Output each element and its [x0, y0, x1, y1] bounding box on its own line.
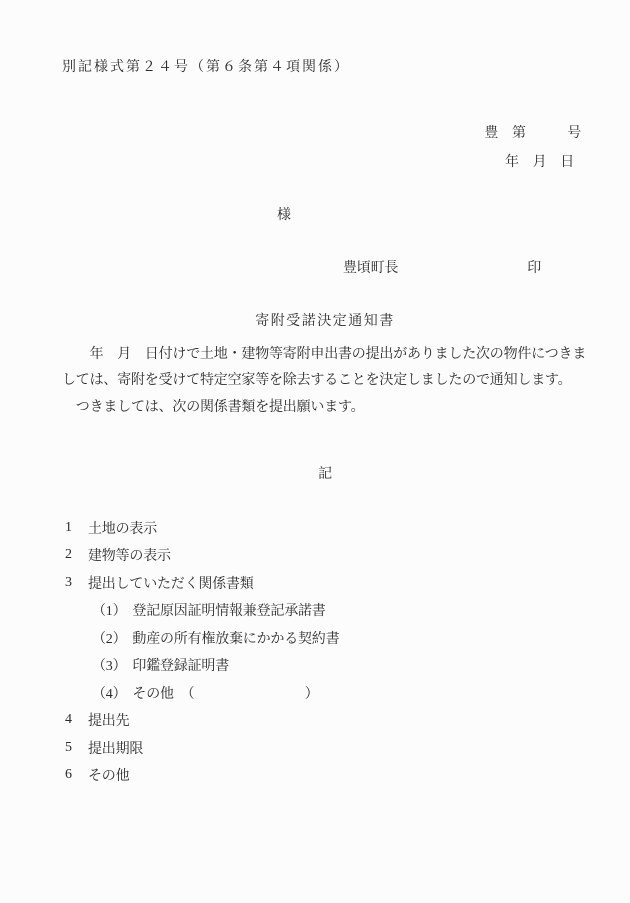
sender-row: 豊頃町長 印 [343, 260, 541, 278]
subitem-number: （2） [92, 628, 126, 648]
body-paragraph-line-2: しては、寄附を受けて特定空家等を除去することを決定しましたので通知します。 [62, 372, 571, 390]
list-item: 5 提出期限 [62, 734, 582, 762]
subitem-label: その他 （ ） [132, 683, 318, 703]
item-number: 4 [62, 712, 88, 728]
document-number-line: 豊 第 号 [484, 125, 581, 143]
subitem-label: 印鑑登録証明書 [132, 655, 229, 675]
item-number: 2 [62, 547, 88, 563]
subitem-label: 登記原因証明情報兼登記承諾書 [132, 600, 325, 620]
item-label: 建物等の表示 [88, 545, 171, 565]
item-number: 3 [62, 575, 88, 591]
sender-title: 豊頃町長 [343, 260, 398, 278]
item-label: 土地の表示 [88, 518, 157, 538]
ki-heading: 記 [0, 466, 630, 484]
list-subitem: （4） その他 （ ） [62, 679, 582, 707]
item-label: その他 [88, 765, 129, 785]
itemized-list: 1 土地の表示 2 建物等の表示 3 提出していただく関係書類 （1） 登記原因… [62, 514, 582, 789]
list-subitem: （3） 印鑑登録証明書 [62, 652, 582, 680]
addressee-suffix: 様 [277, 207, 291, 225]
list-item: 1 土地の表示 [62, 514, 582, 542]
list-subitem: （1） 登記原因証明情報兼登記承諾書 [62, 597, 582, 625]
subitem-number: （4） [92, 683, 126, 703]
item-label: 提出期限 [88, 738, 143, 758]
list-item: 2 建物等の表示 [62, 542, 582, 570]
body-paragraph-line-1: 年 月 日付けで土地・建物等寄附申出書の提出がありました次の物件につきま [62, 346, 586, 364]
subitem-number: （3） [92, 655, 126, 675]
form-number: 別記様式第２４号（第６条第４項関係） [62, 59, 350, 77]
item-number: 1 [62, 520, 88, 536]
date-line: 年 月 日 [505, 154, 574, 172]
item-number: 6 [62, 767, 88, 783]
subitem-number: （1） [92, 600, 126, 620]
list-item: 6 その他 [62, 762, 582, 790]
item-label: 提出先 [88, 710, 129, 730]
seal-label: 印 [527, 260, 541, 278]
body-paragraph-line-3: つきましては、次の関係書類を提出願います。 [62, 399, 364, 417]
document-page: 別記様式第２４号（第６条第４項関係） 豊 第 号 年 月 日 様 豊頃町長 印 … [0, 0, 630, 903]
item-label: 提出していただく関係書類 [88, 573, 254, 593]
item-number: 5 [62, 740, 88, 756]
list-subitem: （2） 動産の所有権放棄にかかる契約書 [62, 624, 582, 652]
list-item: 4 提出先 [62, 707, 582, 735]
list-item: 3 提出していただく関係書類 [62, 569, 582, 597]
document-title: 寄附受諾決定通知書 [0, 313, 630, 331]
subitem-label: 動産の所有権放棄にかかる契約書 [132, 628, 339, 648]
